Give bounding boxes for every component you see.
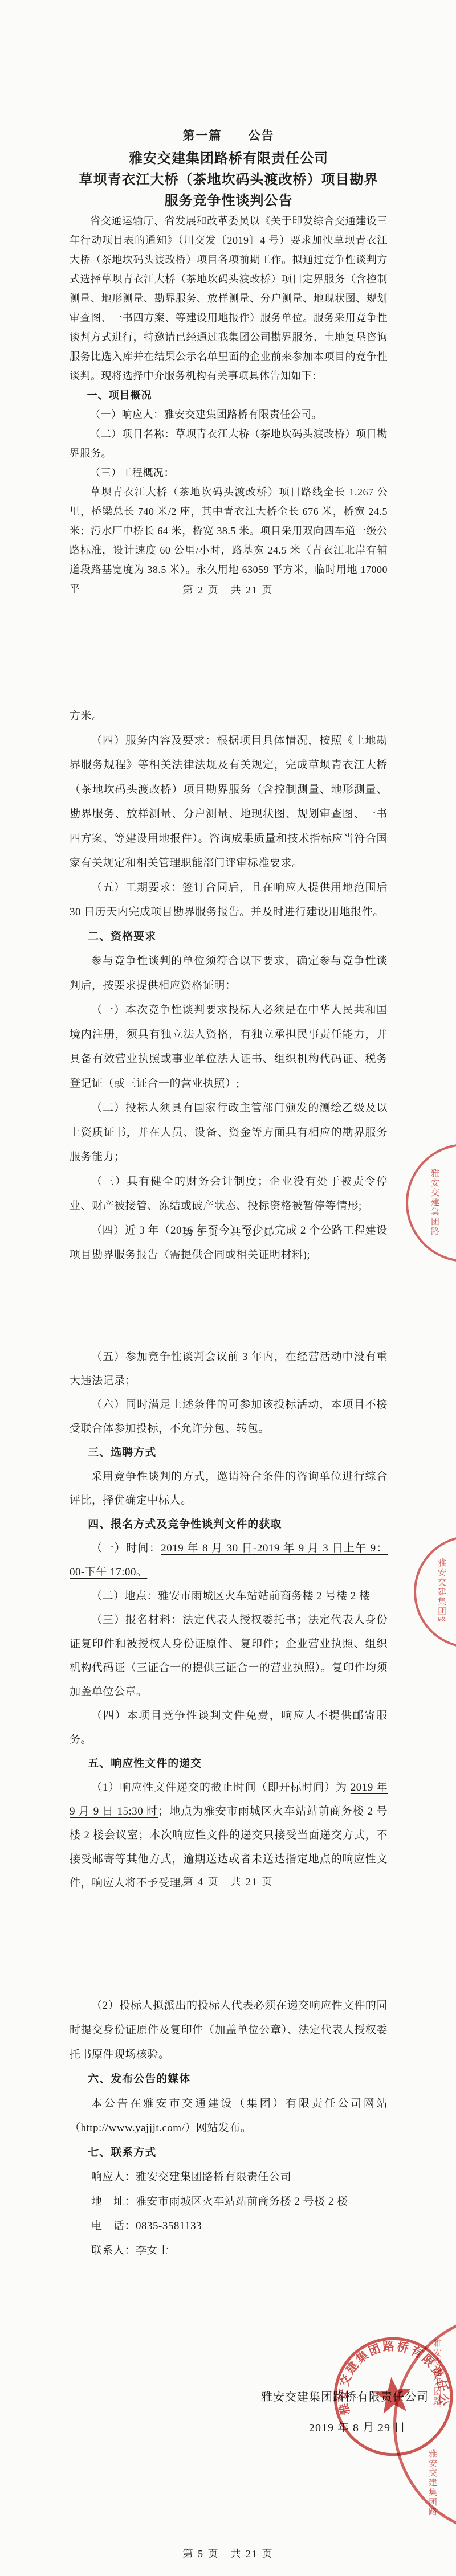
page-footer: 第 4 页 共 21 页 (0, 1874, 456, 1889)
page-footer: 第 5 页 共 21 页 (0, 2546, 456, 2561)
document-title: 草坝青衣江大桥（茶地坎码头渡改桥）项目勘界 (70, 169, 388, 190)
text-run: （一）时间： (91, 1542, 161, 1554)
section-heading: 六、发布公告的媒体 (70, 2067, 388, 2091)
company-seal-icon: 雅安交建集团路桥有限责任公司 (323, 2327, 456, 2467)
paragraph: 草坝青衣江大桥（茶地坎码头渡改桥）项目路线全长 1.267 公里，桥梁总长 74… (70, 482, 388, 599)
section-heading: 七、联系方式 (70, 2140, 388, 2165)
paragraph: （一）时间：2019 年 8 月 30 日-2019 年 9 月 3 日上午 9… (70, 1537, 388, 1584)
paragraph: （一）本次竞争性谈判要求投标人必须是在中华人民共和国境内注册，须具有独立法人资格… (70, 998, 388, 1096)
red-seal-text: 雅安交建集团路桥有限责任公司 (435, 1558, 447, 1621)
paragraph: （一）响应人：雅安交建集团路桥有限责任公司。 (70, 405, 388, 424)
paragraph: 参与竞争性谈判的单位须符合以下要求，确定参与竞争性谈判后，按要求提供相应资格证明… (70, 949, 388, 998)
red-seal-text: 雅安交建集团路桥有限责任公司 (429, 1169, 441, 1236)
document-page-2: 方米。（四）服务内容及要求：根据项目具体情况，按照《土地勘界服务规程》等相关法律… (70, 704, 388, 1267)
paragraph: 响应人：雅安交建集团路桥有限责任公司 (70, 2165, 388, 2189)
document-title: 第一篇 公告 (70, 126, 388, 146)
paragraph: 地 址：雅安市雨城区火车站站前商务楼 2 号楼 2 楼 (70, 2189, 388, 2214)
red-seal-partial-icon (414, 1535, 456, 1648)
paragraph: 联系人：李女士 (70, 2238, 388, 2263)
paragraph: （三）报名材料：法定代表人授权委托书；法定代表人身份证复印件和被授权人身份证原件… (70, 1608, 388, 1704)
paragraph: （二）项目名称：草坝青衣江大桥（茶地坎码头渡改桥）项目勘界服务。 (70, 424, 388, 463)
section-heading: 三、选聘方式 (70, 1441, 388, 1465)
document-page-4: （2）投标人拟派出的投标人代表必须在递交响应性文件的同时提交身份证原件及复印件（… (70, 1993, 388, 2263)
paragraph: 方米。 (70, 704, 388, 728)
page-footer: 第 2 页 共 21 页 (0, 582, 456, 597)
paragraph: （三）具有健全的财务会计制度；企业没有处于被责令停业、财产被接管、冻结或破产状态… (70, 1169, 388, 1218)
page-footer: 第 3 页 共 21 页 (0, 1224, 456, 1239)
paragraph: （四）服务内容及要求：根据项目具体情况，按照《土地勘界服务规程》等相关法律法规及… (70, 728, 388, 875)
section-heading: 二、资格要求 (70, 924, 388, 949)
document-title: 雅安交建集团路桥有限责任公司 (70, 148, 388, 169)
paragraph: 本公告在雅安市交通建设（集团）有限责任公司网站（http://www.yajjj… (70, 2091, 388, 2140)
paragraph: （二）投标人须具有国家行政主管部门颁发的测绘乙级及以上资质证书，并在人员、设备、… (70, 1096, 388, 1169)
document-title: 服务竞争性谈判公告 (70, 190, 388, 211)
paragraph: 省交通运输厅、省发展和改革委员以《关于印发综合交通建设三年行动项目表的通知》（川… (70, 211, 388, 386)
paragraph: （四）本项目竞争性谈判文件免费，响应人不提供邮寄服务。 (70, 1704, 388, 1752)
document-page-1: 第一篇 公告雅安交建集团路桥有限责任公司草坝青衣江大桥（茶地坎码头渡改桥）项目勘… (70, 126, 388, 599)
paragraph: 电 话：0835-3581133 (70, 2214, 388, 2238)
red-seal-text: 雅安交建集团路桥有限责任公司 (426, 2449, 438, 2517)
paragraph: （2）投标人拟派出的投标人代表必须在递交响应性文件的同时提交身份证原件及复印件（… (70, 1993, 388, 2067)
paragraph: （二）地点：雅安市雨城区火车站站前商务楼 2 号楼 2 楼 (70, 1584, 388, 1608)
section-heading: 五、响应性文件的递交 (70, 1752, 388, 1776)
paragraph: （六）同时满足上述条件的可参加该投标活动，本项目不接受联合体参加投标，不允许分包… (70, 1393, 388, 1441)
text-run: （1）响应性文件递交的截止时间（即开标时间）为 (91, 1782, 351, 1793)
scanned-announcement-document: { "document": { "footers": [ "第 2 页 共 21… (0, 0, 456, 2576)
section-heading: 一、项目概况 (70, 386, 388, 405)
paragraph: （五）工期要求：签订合同后，且在响应人提供用地范围后 30 日历天内完成项目勘界… (70, 875, 388, 924)
document-page-3: （五）参加竞争性谈判会议前 3 年内，在经营活动中没有重大违法记录；（六）同时满… (70, 1345, 388, 1895)
stamp-star-icon (373, 2375, 414, 2414)
section-heading: 四、报名方式及竞争性谈判文件的获取 (70, 1513, 388, 1537)
paragraph: 采用竞争性谈判的方式，邀请符合条件的咨询单位进行综合评比，择优确定中标人。 (70, 1465, 388, 1513)
paragraph: （五）参加竞争性谈判会议前 3 年内，在经营活动中没有重大违法记录； (70, 1345, 388, 1393)
paragraph: （三）工程概况： (70, 463, 388, 482)
